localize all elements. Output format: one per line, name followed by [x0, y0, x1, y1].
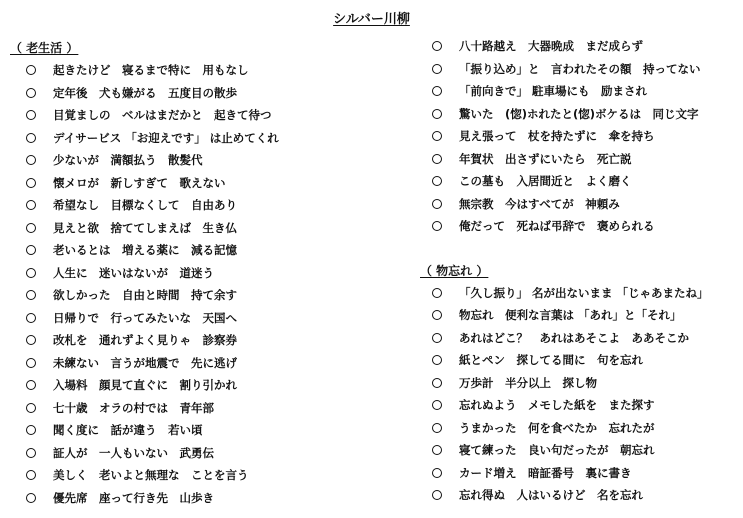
list-item: この墓も 入居間近と よく磨く — [420, 170, 743, 193]
circle-bullet-icon — [432, 355, 442, 365]
circle-bullet-icon — [26, 448, 36, 458]
list-item: 優先席 座って行き先 山歩き — [10, 487, 410, 510]
list-item: 八十路越え 大器晩成 まだ成らず — [420, 35, 743, 58]
list-item: 欲しかった 自由と時間 持て余す — [10, 284, 410, 307]
list-item: 俺だって 死ねば弔辞で 褒められる — [420, 215, 743, 238]
document-title: シルバー川柳 — [0, 8, 743, 27]
circle-bullet-icon — [432, 109, 442, 119]
circle-bullet-icon — [26, 245, 36, 255]
circle-bullet-icon — [432, 468, 442, 478]
circle-bullet-icon — [432, 400, 442, 410]
circle-bullet-icon — [26, 290, 36, 300]
senryu-list-monowasure: 「久し振り」 名が出ないまま 「じゃあまたね」 物忘れ 便利な言葉は 「あれ」と… — [420, 282, 743, 507]
circle-bullet-icon — [26, 493, 36, 503]
list-item: 懐メロが 新しすぎて 歌えない — [10, 172, 410, 195]
list-item: 起きたけど 寝るまで特に 用もなし — [10, 59, 410, 82]
circle-bullet-icon — [26, 65, 36, 75]
circle-bullet-icon — [432, 154, 442, 164]
circle-bullet-icon — [432, 176, 442, 186]
circle-bullet-icon — [432, 288, 442, 298]
circle-bullet-icon — [26, 403, 36, 413]
left-column: （ 老生活 ） 起きたけど 寝るまで特に 用もなし 定年後 犬も嫌がる 五度目の… — [10, 37, 410, 509]
list-item: 証人が 一人もいない 武勇伝 — [10, 442, 410, 465]
list-item: 見え張って 杖を持たずに 傘を持ち — [420, 125, 743, 148]
list-item: 目覚ましの ベルはまだかと 起きて待つ — [10, 104, 410, 127]
list-item: 紙とペン 探してる間に 句を忘れ — [420, 349, 743, 372]
list-item: 無宗教 今はすべてが 神頼み — [420, 193, 743, 216]
circle-bullet-icon — [432, 490, 442, 500]
list-item: 改札を 通れずよく見りゃ 診察券 — [10, 329, 410, 352]
circle-bullet-icon — [26, 223, 36, 233]
list-item: 日帰りで 行ってみたいな 天国へ — [10, 307, 410, 330]
right-column: 八十路越え 大器晩成 まだ成らず 「振り込め」と 言われたその額 持ってない 「… — [420, 35, 743, 507]
list-item: 物忘れ 便利な言葉は 「あれ」と「それ」 — [420, 304, 743, 327]
circle-bullet-icon — [26, 335, 36, 345]
list-item: 美しく 老いよと無理な ことを言う — [10, 464, 410, 487]
list-item: 驚いた (惚)ホれたと(惚)ボケるは 同じ文字 — [420, 103, 743, 126]
list-item: 入場料 顔見て直ぐに 割り引かれ — [10, 374, 410, 397]
circle-bullet-icon — [432, 310, 442, 320]
list-item: 老いるとは 増える薬に 減る記憶 — [10, 239, 410, 262]
circle-bullet-icon — [26, 313, 36, 323]
circle-bullet-icon — [432, 445, 442, 455]
list-item: 「久し振り」 名が出ないまま 「じゃあまたね」 — [420, 282, 743, 305]
circle-bullet-icon — [432, 423, 442, 433]
circle-bullet-icon — [26, 470, 36, 480]
list-item: 「前向きで」 駐車場にも 励まされ — [420, 80, 743, 103]
circle-bullet-icon — [26, 380, 36, 390]
section-spacer — [420, 238, 743, 260]
circle-bullet-icon — [26, 268, 36, 278]
list-item: 聞く度に 話が違う 若い頃 — [10, 419, 410, 442]
list-item: 忘れぬよう メモした紙を また探す — [420, 394, 743, 417]
section-heading-rougo: （ 老生活 ） — [10, 37, 410, 59]
list-item: 人生に 迷いはないが 道迷う — [10, 262, 410, 285]
list-item: デイサービス 「お迎えです」 は止めてくれ — [10, 127, 410, 150]
circle-bullet-icon — [26, 425, 36, 435]
circle-bullet-icon — [26, 133, 36, 143]
senryu-list-rougo: 起きたけど 寝るまで特に 用もなし 定年後 犬も嫌がる 五度目の散歩 目覚ましの… — [10, 59, 410, 509]
circle-bullet-icon — [432, 378, 442, 388]
circle-bullet-icon — [26, 110, 36, 120]
list-item: 年賀状 出さずにいたら 死亡説 — [420, 148, 743, 171]
circle-bullet-icon — [26, 178, 36, 188]
list-item: あれはどこ？ あれはあそこよ ああそこか — [420, 327, 743, 350]
list-item: 「振り込め」と 言われたその額 持ってない — [420, 58, 743, 81]
circle-bullet-icon — [432, 86, 442, 96]
circle-bullet-icon — [26, 358, 36, 368]
list-item: 見えと欲 捨ててしまえば 生き仏 — [10, 217, 410, 240]
list-item: 未練ない 言うが地震で 先に逃げ — [10, 352, 410, 375]
list-item: 定年後 犬も嫌がる 五度目の散歩 — [10, 82, 410, 105]
list-item: うまかった 何を食べたか 忘れたが — [420, 417, 743, 440]
circle-bullet-icon — [432, 333, 442, 343]
circle-bullet-icon — [432, 41, 442, 51]
circle-bullet-icon — [26, 155, 36, 165]
circle-bullet-icon — [432, 64, 442, 74]
list-item: 忘れ得ぬ 人はいるけど 名を忘れ — [420, 484, 743, 507]
circle-bullet-icon — [432, 131, 442, 141]
circle-bullet-icon — [26, 88, 36, 98]
circle-bullet-icon — [432, 199, 442, 209]
section-heading-monowasure: （ 物忘れ ） — [420, 260, 743, 282]
list-item: 希望なし 目標なくして 自由あり — [10, 194, 410, 217]
circle-bullet-icon — [26, 200, 36, 210]
list-item: 七十歳 オラの村では 青年部 — [10, 397, 410, 420]
list-item: 万歩計 半分以上 探し物 — [420, 372, 743, 395]
list-item: カード増え 暗証番号 裏に書き — [420, 462, 743, 485]
list-item: 少ないが 満額払う 散髪代 — [10, 149, 410, 172]
circle-bullet-icon — [432, 221, 442, 231]
senryu-list-rougo-continued: 八十路越え 大器晩成 まだ成らず 「振り込め」と 言われたその額 持ってない 「… — [420, 35, 743, 238]
list-item: 寝て練った 良い句だったが 朝忘れ — [420, 439, 743, 462]
